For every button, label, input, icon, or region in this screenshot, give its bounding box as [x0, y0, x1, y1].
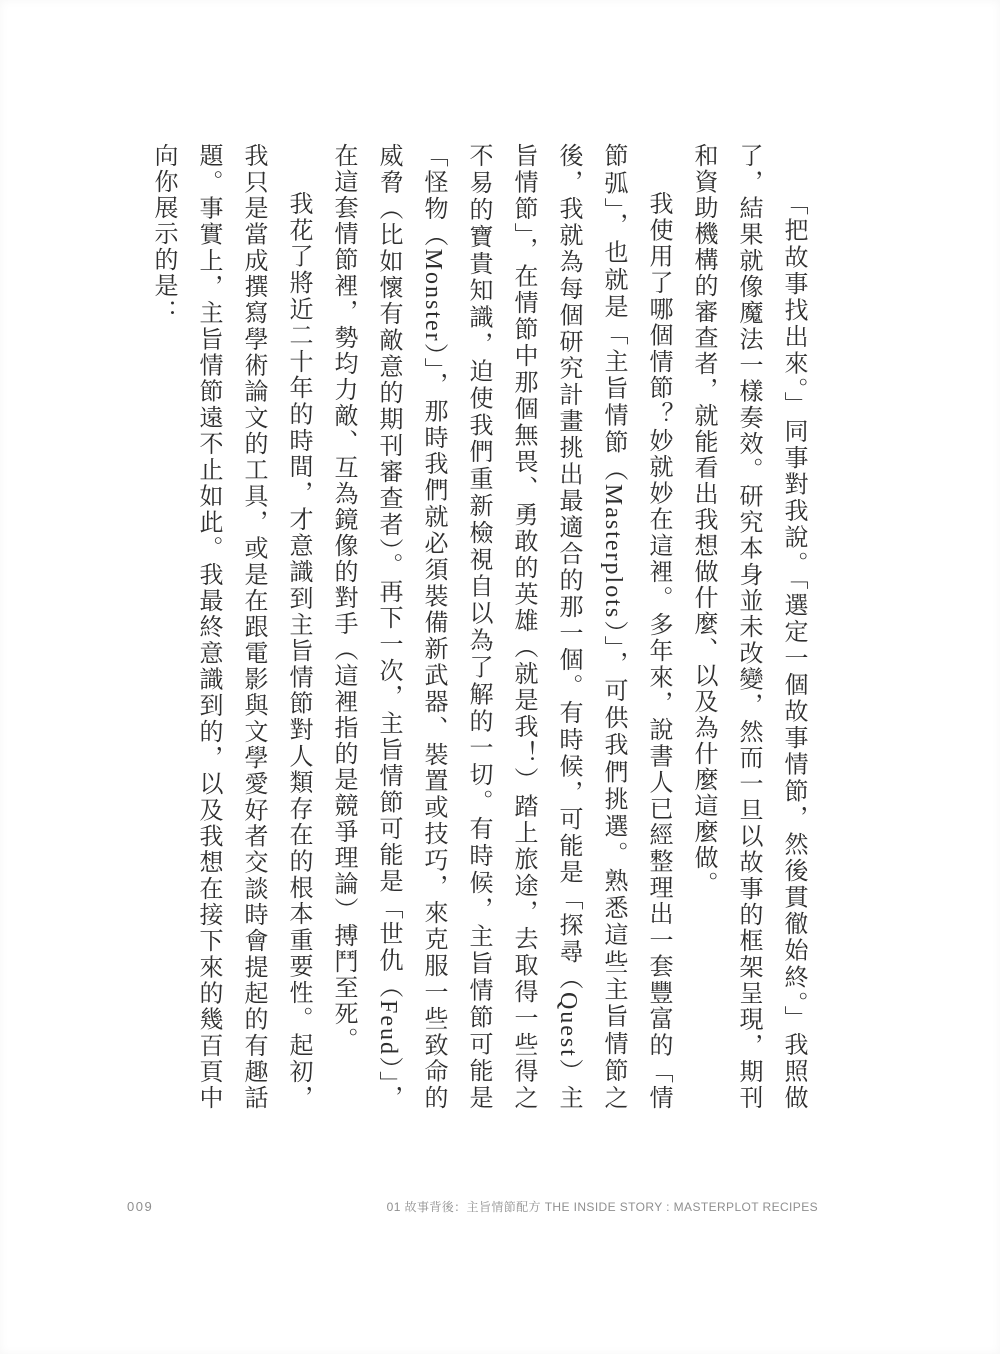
- page-number: 009: [127, 1199, 153, 1214]
- paragraph-2: 我使用了哪個情節？妙就妙在這裡。多年來，說書人已經整理出一套豐富的「情節弧」，也…: [320, 143, 680, 1111]
- paragraph-3: 我花了將近二十年的時間，才意識到主旨情節對人類存在的根本重要性。起初，我只是當成…: [140, 143, 320, 1111]
- book-page: 「把故事找出來。」同事對我說。「選定一個故事情節，然後貫徹始終。」我照做了，結果…: [0, 0, 1000, 1354]
- running-head: 01 故事背後：主旨情節配方 THE INSIDE STORY : MASTER…: [387, 1198, 818, 1215]
- paragraph-1: 「把故事找出來。」同事對我說。「選定一個故事情節，然後貫徹始終。」我照做了，結果…: [680, 143, 815, 1111]
- page-footer: 009 01 故事背後：主旨情節配方 THE INSIDE STORY : MA…: [127, 1198, 818, 1218]
- body-text: 「把故事找出來。」同事對我說。「選定一個故事情節，然後貫徹始終。」我照做了，結果…: [123, 143, 815, 1111]
